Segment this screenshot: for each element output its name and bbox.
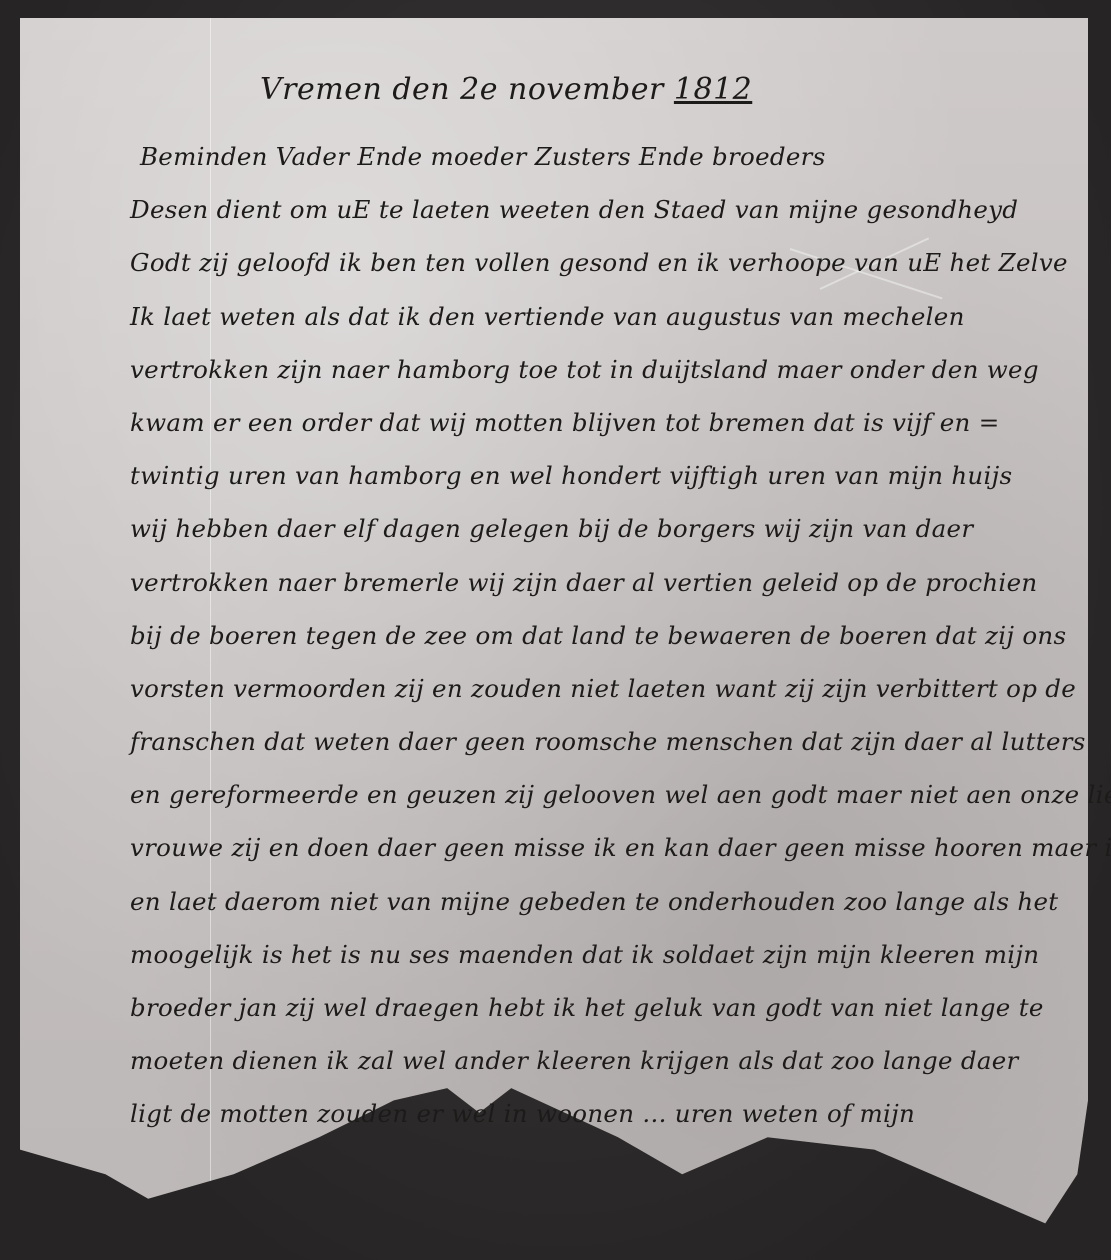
letter-line: vrouwe zij en doen daer geen misse ik en… (130, 821, 1050, 874)
letter-line: moogelijk is het is nu ses maenden dat i… (130, 928, 1050, 981)
letter-line: vorsten vermoorden zij en zouden niet la… (130, 662, 1050, 715)
letter-line: en laet daerom niet van mijne gebeden te… (130, 875, 1050, 928)
letter-line: moeten dienen ik zal wel ander kleeren k… (130, 1034, 1050, 1087)
year: 1812 (674, 72, 752, 107)
letter-line: Godt zij geloofd ik ben ten vollen geson… (130, 236, 1050, 289)
letter-line: ligt de motten zouden er wel in woonen .… (130, 1087, 1050, 1140)
letter-line: en gereformeerde en geuzen zij gelooven … (130, 768, 1050, 821)
letter-line: Desen dient om uE te laeten weeten den S… (130, 183, 1050, 236)
salutation: Beminden Vader Ende moeder Zusters Ende … (140, 130, 1050, 183)
letter-line: kwam er een order dat wij motten blijven… (130, 396, 1050, 449)
letter-line: wij hebben daer elf dagen gelegen bij de… (130, 502, 1050, 555)
letter-line: Ik laet weten als dat ik den vertiende v… (130, 290, 1050, 343)
letter-line: broeder jan zij wel draegen hebt ik het … (130, 981, 1050, 1034)
letter-line: vertrokken zijn naer hamborg toe tot in … (130, 343, 1050, 396)
place-and-date: Vremen den 2e november (260, 72, 664, 107)
date-line: Vremen den 2e november 1812 (260, 60, 1050, 130)
letter-line: vertrokken naer bremerle wij zijn daer a… (130, 556, 1050, 609)
handwritten-letter: Vremen den 2e november 1812 Beminden Vad… (130, 60, 1050, 1141)
letter-line: franschen dat weten daer geen roomsche m… (130, 715, 1050, 768)
letter-line: twintig uren van hamborg en wel hondert … (130, 449, 1050, 502)
letter-line: bij de boeren tegen de zee om dat land t… (130, 609, 1050, 662)
